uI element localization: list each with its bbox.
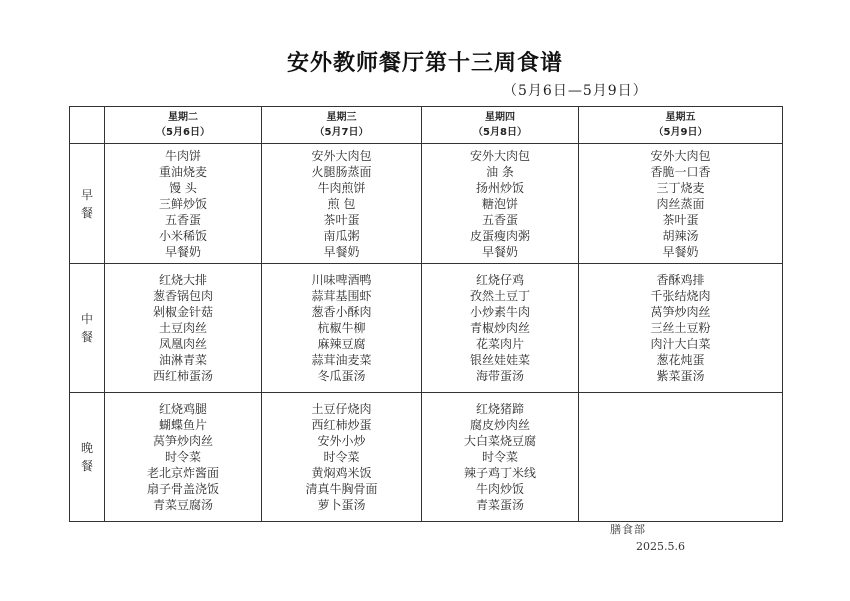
meal-label-lunch: 中 餐 [70, 264, 105, 393]
dish-item: 千张结烧肉 [579, 288, 782, 304]
dish-item: 小米稀饭 [105, 228, 261, 244]
dish-list: 川味啤酒鸭蒜茸基围虾葱香小酥肉杭椒牛柳麻辣豆腐蒜茸油麦菜冬瓜蛋汤 [262, 272, 421, 384]
dish-item: 三丝土豆粉 [579, 320, 782, 336]
dish-item: 火腿肠蒸面 [262, 164, 421, 180]
dish-item: 莴笋炒肉丝 [579, 304, 782, 320]
dish-item: 小炒素牛肉 [422, 304, 578, 320]
dish-item: 红烧大排 [105, 272, 261, 288]
dish-list: 土豆仔烧肉西红柿炒蛋安外小炒时令菜黄焖鸡米饭清真牛胸骨面萝卜蛋汤 [262, 401, 421, 513]
dish-item: 凤凰肉丝 [105, 336, 261, 352]
dish-item: 花菜肉片 [422, 336, 578, 352]
dish-list: 安外大肉包油 条扬州炒饭糖泡饼五香蛋皮蛋瘦肉粥早餐奶 [422, 148, 578, 260]
dish-list: 红烧大排葱香锅包肉剁椒金针菇土豆肉丝凤凰肉丝油淋青菜西红柿蛋汤 [105, 272, 261, 384]
dish-item: 早餐奶 [422, 244, 578, 260]
dish-item: 茶叶蛋 [262, 212, 421, 228]
dish-item: 西红柿炒蛋 [262, 417, 421, 433]
dish-item: 煎 包 [262, 196, 421, 212]
dish-item: 蒜茸基围虾 [262, 288, 421, 304]
dish-list: 安外大肉包香脆一口香三丁烧麦肉丝蒸面茶叶蛋胡辣汤早餐奶 [579, 148, 782, 260]
dish-item: 早餐奶 [105, 244, 261, 260]
dish-item: 五香蛋 [422, 212, 578, 228]
dish-item: 扬州炒饭 [422, 180, 578, 196]
dish-item: 青菜豆腐汤 [105, 497, 261, 513]
weekday-label: 星期二 [105, 110, 261, 125]
dish-list: 牛肉饼重油烧麦馒 头三鲜炒饭五香蛋小米稀饭早餐奶 [105, 148, 261, 260]
breakfast-row: 早 餐 牛肉饼重油烧麦馒 头三鲜炒饭五香蛋小米稀饭早餐奶 安外大肉包火腿肠蒸面牛… [70, 144, 783, 264]
dish-item: 安外小炒 [262, 433, 421, 449]
dish-cell: 香酥鸡排千张结烧肉莴笋炒肉丝三丝土豆粉肉汁大白菜葱花炖蛋紫菜蛋汤 [579, 264, 783, 393]
dish-item: 糖泡饼 [422, 196, 578, 212]
dish-item: 香酥鸡排 [579, 272, 782, 288]
meal-label-breakfast: 早 餐 [70, 144, 105, 264]
dish-cell-empty [579, 393, 783, 522]
dish-item: 蝴蝶鱼片 [105, 417, 261, 433]
dish-item: 馒 头 [105, 180, 261, 196]
dish-item: 五香蛋 [105, 212, 261, 228]
day-date-label: （5月7日） [262, 125, 421, 140]
day-date-label: （5月9日） [579, 125, 782, 140]
dish-item: 安外大肉包 [262, 148, 421, 164]
dish-item: 蒜茸油麦菜 [262, 352, 421, 368]
dish-item: 莴笋炒肉丝 [105, 433, 261, 449]
dish-item: 南瓜粥 [262, 228, 421, 244]
dish-list: 红烧仔鸡孜然土豆丁小炒素牛肉青椒炒肉丝花菜肉片银丝娃娃菜海带蛋汤 [422, 272, 578, 384]
lunch-row: 中 餐 红烧大排葱香锅包肉剁椒金针菇土豆肉丝凤凰肉丝油淋青菜西红柿蛋汤 川味啤酒… [70, 264, 783, 393]
dish-item: 海带蛋汤 [422, 368, 578, 384]
dish-item: 辣子鸡丁米线 [422, 465, 578, 481]
dish-item: 红烧仔鸡 [422, 272, 578, 288]
dish-item: 红烧猪蹄 [422, 401, 578, 417]
document-title: 安外教师餐厅第十三周食谱 [0, 46, 850, 77]
dish-item: 牛肉炒饭 [422, 481, 578, 497]
dish-item: 肉汁大白菜 [579, 336, 782, 352]
dish-item: 香脆一口香 [579, 164, 782, 180]
dish-item: 红烧鸡腿 [105, 401, 261, 417]
weekly-menu-table: 星期二 （5月6日） 星期三 （5月7日） 星期四 （5月8日） 星期五 （5月… [69, 106, 783, 522]
dish-item: 孜然土豆丁 [422, 288, 578, 304]
dish-item: 腐皮炒肉丝 [422, 417, 578, 433]
issue-date: 2025.5.6 [636, 540, 685, 553]
dish-item: 肉丝蒸面 [579, 196, 782, 212]
dish-cell: 川味啤酒鸭蒜茸基围虾葱香小酥肉杭椒牛柳麻辣豆腐蒜茸油麦菜冬瓜蛋汤 [262, 264, 422, 393]
dish-item: 牛肉饼 [105, 148, 261, 164]
day-header-wednesday: 星期三 （5月7日） [262, 107, 422, 144]
dinner-row: 晚 餐 红烧鸡腿蝴蝶鱼片莴笋炒肉丝时令菜老北京炸酱面扇子骨盖浇饭青菜豆腐汤 土豆… [70, 393, 783, 522]
dish-item: 川味啤酒鸭 [262, 272, 421, 288]
dish-item: 西红柿蛋汤 [105, 368, 261, 384]
dish-item: 老北京炸酱面 [105, 465, 261, 481]
day-header-friday: 星期五 （5月9日） [579, 107, 783, 144]
dish-cell: 安外大肉包油 条扬州炒饭糖泡饼五香蛋皮蛋瘦肉粥早餐奶 [422, 144, 579, 264]
dish-item: 牛肉煎饼 [262, 180, 421, 196]
date-range: （5月6日—5月9日） [503, 80, 648, 100]
dish-item: 大白菜烧豆腐 [422, 433, 578, 449]
dish-item: 胡辣汤 [579, 228, 782, 244]
dish-item: 油淋青菜 [105, 352, 261, 368]
dish-item: 油 条 [422, 164, 578, 180]
dish-item: 青椒炒肉丝 [422, 320, 578, 336]
dish-item: 银丝娃娃菜 [422, 352, 578, 368]
dish-item: 时令菜 [262, 449, 421, 465]
dish-item: 萝卜蛋汤 [262, 497, 421, 513]
dish-list: 红烧鸡腿蝴蝶鱼片莴笋炒肉丝时令菜老北京炸酱面扇子骨盖浇饭青菜豆腐汤 [105, 401, 261, 513]
dish-item: 土豆仔烧肉 [262, 401, 421, 417]
day-date-label: （5月8日） [422, 125, 578, 140]
dish-item: 早餐奶 [579, 244, 782, 260]
corner-cell [70, 107, 105, 144]
dish-item: 皮蛋瘦肉粥 [422, 228, 578, 244]
dish-item: 剁椒金针菇 [105, 304, 261, 320]
weekday-label: 星期五 [579, 110, 782, 125]
dish-cell: 红烧仔鸡孜然土豆丁小炒素牛肉青椒炒肉丝花菜肉片银丝娃娃菜海带蛋汤 [422, 264, 579, 393]
dish-item: 青菜蛋汤 [422, 497, 578, 513]
dish-item: 冬瓜蛋汤 [262, 368, 421, 384]
dish-item: 黄焖鸡米饭 [262, 465, 421, 481]
dish-item: 麻辣豆腐 [262, 336, 421, 352]
day-date-label: （5月6日） [105, 125, 261, 140]
dish-item: 三鲜炒饭 [105, 196, 261, 212]
dish-list: 红烧猪蹄腐皮炒肉丝大白菜烧豆腐时令菜辣子鸡丁米线牛肉炒饭青菜蛋汤 [422, 401, 578, 513]
dish-item: 葱香小酥肉 [262, 304, 421, 320]
dish-item: 安外大肉包 [579, 148, 782, 164]
dish-cell: 安外大肉包香脆一口香三丁烧麦肉丝蒸面茶叶蛋胡辣汤早餐奶 [579, 144, 783, 264]
dish-item: 扇子骨盖浇饭 [105, 481, 261, 497]
dish-cell: 红烧大排葱香锅包肉剁椒金针菇土豆肉丝凤凰肉丝油淋青菜西红柿蛋汤 [105, 264, 262, 393]
dish-item: 土豆肉丝 [105, 320, 261, 336]
dish-list: 安外大肉包火腿肠蒸面牛肉煎饼煎 包茶叶蛋南瓜粥早餐奶 [262, 148, 421, 260]
dish-list: 香酥鸡排千张结烧肉莴笋炒肉丝三丝土豆粉肉汁大白菜葱花炖蛋紫菜蛋汤 [579, 272, 782, 384]
day-header-tuesday: 星期二 （5月6日） [105, 107, 262, 144]
weekday-label: 星期三 [262, 110, 421, 125]
dish-item: 早餐奶 [262, 244, 421, 260]
dish-cell: 土豆仔烧肉西红柿炒蛋安外小炒时令菜黄焖鸡米饭清真牛胸骨面萝卜蛋汤 [262, 393, 422, 522]
dish-item: 安外大肉包 [422, 148, 578, 164]
dish-item: 葱花炖蛋 [579, 352, 782, 368]
dish-item: 杭椒牛柳 [262, 320, 421, 336]
dish-cell: 红烧猪蹄腐皮炒肉丝大白菜烧豆腐时令菜辣子鸡丁米线牛肉炒饭青菜蛋汤 [422, 393, 579, 522]
dish-cell: 安外大肉包火腿肠蒸面牛肉煎饼煎 包茶叶蛋南瓜粥早餐奶 [262, 144, 422, 264]
day-header-thursday: 星期四 （5月8日） [422, 107, 579, 144]
table-header-row: 星期二 （5月6日） 星期三 （5月7日） 星期四 （5月8日） 星期五 （5月… [70, 107, 783, 144]
dish-cell: 红烧鸡腿蝴蝶鱼片莴笋炒肉丝时令菜老北京炸酱面扇子骨盖浇饭青菜豆腐汤 [105, 393, 262, 522]
department-signature: 膳食部 [610, 521, 646, 537]
dish-cell: 牛肉饼重油烧麦馒 头三鲜炒饭五香蛋小米稀饭早餐奶 [105, 144, 262, 264]
meal-label-dinner: 晚 餐 [70, 393, 105, 522]
dish-item: 葱香锅包肉 [105, 288, 261, 304]
weekday-label: 星期四 [422, 110, 578, 125]
dish-item: 重油烧麦 [105, 164, 261, 180]
dish-item: 清真牛胸骨面 [262, 481, 421, 497]
dish-item: 茶叶蛋 [579, 212, 782, 228]
dish-item: 三丁烧麦 [579, 180, 782, 196]
dish-item: 时令菜 [105, 449, 261, 465]
dish-item: 紫菜蛋汤 [579, 368, 782, 384]
dish-item: 时令菜 [422, 449, 578, 465]
